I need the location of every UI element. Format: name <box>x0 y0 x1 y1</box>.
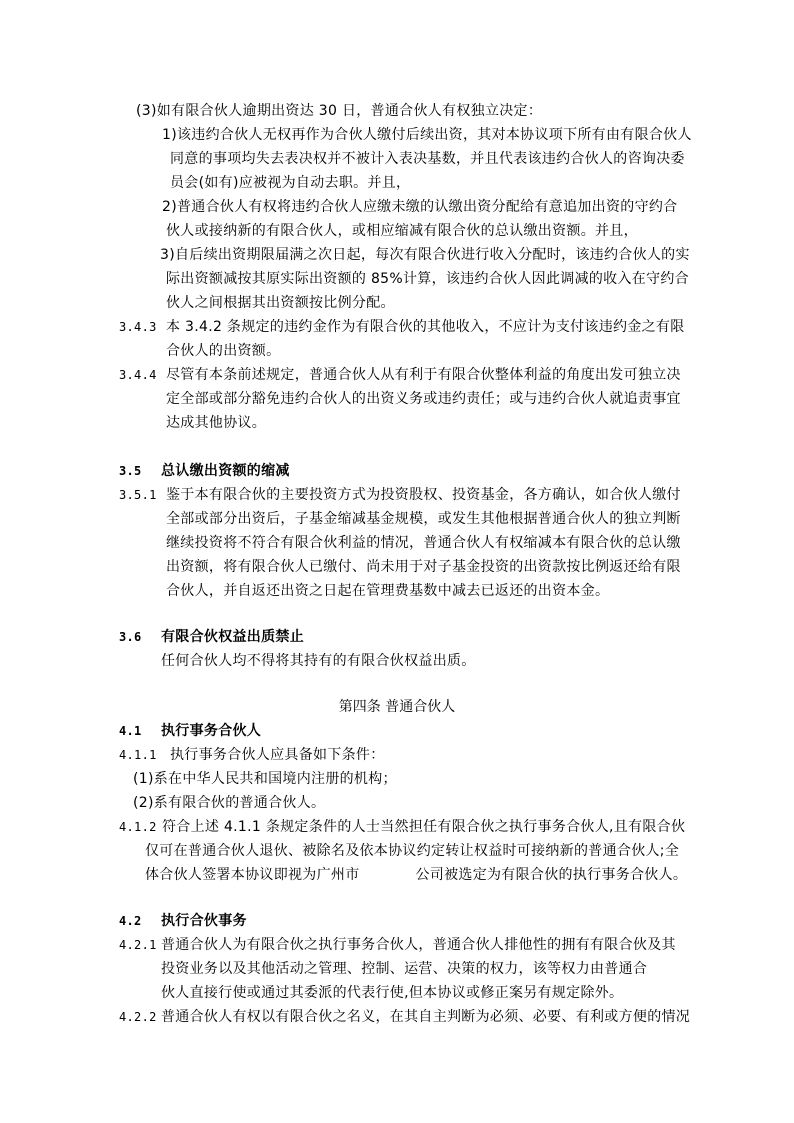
section-title: 执行事务合伙人 <box>161 723 261 739</box>
clause-text: 执行事务合伙人应具备如下条件： <box>170 747 385 763</box>
list-item: (1)系在中华人民共和国境内注册的机构； <box>133 771 397 787</box>
paragraph-line: 体合伙人签署本协议即视为广州市公司被选定为有限合伙的执行事务合伙人。 <box>145 867 687 883</box>
paragraph-line: 伙人或接纳新的有限合伙人，或相应缩减有限合伙的总认缴出资额。并且， <box>166 223 638 239</box>
section-heading-3-5: 3.5总认缴出资额的缩减 <box>119 463 290 479</box>
text-segment: 体合伙人签署本协议即视为广州市 <box>145 867 360 883</box>
paragraph-line: 投资业务以及其他活动之管理、控制、运营、决策的权力，该等权力由普通合 <box>161 961 647 977</box>
clause-number: 4.1.1 <box>119 747 170 763</box>
clause-4-1-1: 4.1.1执行事务合伙人应具备如下条件： <box>119 747 385 763</box>
clause-number: 4.1.2 <box>119 819 162 835</box>
paragraph-line: 伙人之间根据其出资额按比例分配。 <box>166 295 395 311</box>
paragraph-line: 际出资额减按其原实际出资额的 85%计算，该违约合伙人因此调减的收入在守约合 <box>166 271 689 287</box>
section-number: 4.2 <box>119 913 161 929</box>
clause-4-2-2: 4.2.2普通合伙人有权以有限合伙之名义，在其自主判断为必须、必要、有利或方便的… <box>119 1009 690 1025</box>
section-title: 执行合伙事务 <box>161 913 247 929</box>
paragraph-line: 继续投资将不符合有限合伙利益的情况，普通合伙人有权缩减本有限合伙的总认缴 <box>166 535 681 551</box>
section-heading-3-6: 3.6有限合伙权益出质禁止 <box>119 629 304 645</box>
clause-number: 3.4.3 <box>119 319 166 335</box>
text-segment: 公司被选定为有限合伙的执行事务合伙人。 <box>416 867 688 883</box>
clause-3-4-3: 3.4.3本 3.4.2 条规定的违约金作为有限合伙的其他收入，不应计为支付该违… <box>119 319 685 335</box>
clause-4-2-1: 4.2.1普通合伙人为有限合伙之执行事务合伙人，普通合伙人排他性的拥有有限合伙及… <box>119 937 676 953</box>
list-item: (2)系有限合伙的普通合伙人。 <box>133 795 325 811</box>
clause-3-4-4: 3.4.4尽管有本条前述规定，普通合伙人从有利于有限合伙整体利益的角度出发可独立… <box>119 367 681 383</box>
clause-3-5-1: 3.5.1鉴于本有限合伙的主要投资方式为投资股权、投资基金，各方确认，如合伙人缴… <box>119 487 681 503</box>
paragraph-line: 1)该违约合伙人无权再作为合伙人缴付后续出资，其对本协议项下所有由有限合伙人 <box>162 127 692 143</box>
clause-number: 4.2.1 <box>119 937 161 953</box>
clause-number: 4.2.2 <box>119 1009 161 1025</box>
section-number: 3.6 <box>119 629 161 645</box>
paragraph-line: 合伙人的出资额。 <box>166 343 280 359</box>
paragraph-line: 同意的事项均失去表决权并不被计入表决基数，并且代表该违约合伙人的咨询决委 <box>170 151 685 167</box>
paragraph-line: 任何合伙人均不得将其持有的有限合伙权益出质。 <box>161 653 476 669</box>
section-number: 4.1 <box>119 723 161 739</box>
paragraph-line: 2)普通合伙人有权将违约合伙人应缴未缴的认缴出资分配给有意追加出资的守约合 <box>162 199 677 215</box>
clause-text: 尽管有本条前述规定，普通合伙人从有利于有限合伙整体利益的角度出发可独立决 <box>166 367 681 383</box>
clause-text: 普通合伙人有权以有限合伙之名义，在其自主判断为必须、必要、有利或方便的情况 <box>161 1009 690 1025</box>
section-title: 有限合伙权益出质禁止 <box>161 629 304 645</box>
paragraph-line: 3)自后续出资期限届满之次日起，每次有限合伙进行收入分配时，该违约合伙人的实 <box>160 247 690 263</box>
paragraph-line: 伙人直接行使或通过其委派的代表行使,但本协议或修正案另有规定除外。 <box>161 985 623 1001</box>
section-title: 总认缴出资额的缩减 <box>161 463 290 479</box>
section-number: 3.5 <box>119 463 161 479</box>
clause-number: 3.4.4 <box>119 367 166 383</box>
section-heading-4-2: 4.2执行合伙事务 <box>119 913 247 929</box>
document-page: (3)如有限合伙人逾期出资达 30 日，普通合伙人有权独立决定： 1)该违约合伙… <box>0 0 794 1123</box>
clause-4-1-2: 4.1.2符合上述 4.1.1 条规定条件的人士当然担任有限合伙之执行事务合伙人… <box>119 819 685 835</box>
paragraph-line: 仅可在普通合伙人退伙、被除名及依本协议约定转让权益时可接纳新的普通合伙人;全 <box>145 843 679 859</box>
clause-number: 3.5.1 <box>119 487 166 503</box>
paragraph-line: 出资额，将有限合伙人已缴付、尚未用于对子基金投资的出资款按比例返还给有限 <box>166 559 681 575</box>
clause-text: 本 3.4.2 条规定的违约金作为有限合伙的其他收入，不应计为支付该违约金之有限 <box>166 319 685 335</box>
clause-text: 普通合伙人为有限合伙之执行事务合伙人，普通合伙人排他性的拥有有限合伙及其 <box>161 937 676 953</box>
paragraph-line: 定全部或部分豁免违约合伙人的出资义务或违约责任；或与违约合伙人就追责事宜 <box>166 391 681 407</box>
chapter-title: 第四条 普通合伙人 <box>0 699 794 715</box>
paragraph-line: 合伙人，并自返还出资之日起在管理费基数中减去已返还的出资本金。 <box>166 583 609 599</box>
paragraph-line: 达成其他协议。 <box>166 415 266 431</box>
paragraph-line: 全部或部分出资后，子基金缩减基金规模，或发生其他根据普通合伙人的独立判断 <box>166 511 681 527</box>
paragraph-line: (3)如有限合伙人逾期出资达 30 日，普通合伙人有权独立决定： <box>136 103 542 119</box>
clause-text: 鉴于本有限合伙的主要投资方式为投资股权、投资基金，各方确认，如合伙人缴付 <box>166 487 681 503</box>
clause-text: 符合上述 4.1.1 条规定条件的人士当然担任有限合伙之执行事务合伙人,且有限合… <box>162 819 685 835</box>
paragraph-line: 员会(如有)应被视为自动去职。并且， <box>170 175 410 191</box>
section-heading-4-1: 4.1执行事务合伙人 <box>119 723 261 739</box>
